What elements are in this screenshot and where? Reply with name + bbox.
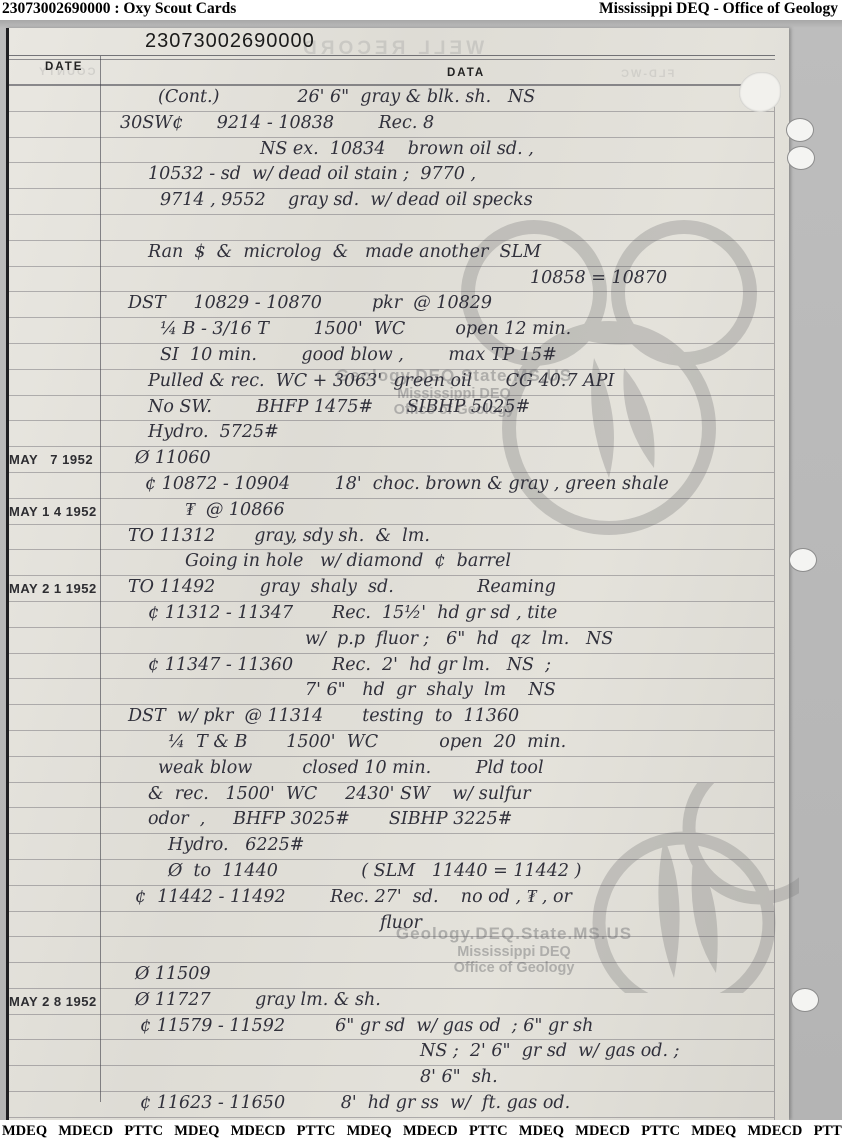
card-row: ¢ 11579 - 11592 6" gr sd w/ gas od ; 6" …	[9, 1015, 774, 1041]
card-row: ¢ 11347 - 11360 Rec. 2' hd gr lm. NS ;	[9, 654, 774, 680]
viewer-footer: MDEQ MDECD PTTC MDEQ MDECD PTTC MDEQ MDE…	[0, 1120, 842, 1143]
paper-tear	[739, 72, 781, 112]
header-rule	[9, 55, 775, 60]
api-number: 23073002690000	[145, 30, 315, 53]
card-row: NS ; 2' 6" gr sd w/ gas od. ;	[9, 1040, 774, 1066]
date-stamp	[9, 705, 100, 730]
date-stamp	[9, 473, 100, 498]
card-row: MAY 7 1952Ø 11060	[9, 447, 774, 473]
card-row: DST w/ pkr @ 11314 testing to 11360	[9, 705, 774, 731]
entries-table: (Cont.) 26' 6" gray & blk. sh. NS30SW¢ 9…	[9, 84, 775, 1120]
date-stamp	[9, 396, 100, 421]
entry-text: Ø 11060	[100, 447, 774, 472]
entry-text: NS ; 2' 6" gr sd w/ gas od. ;	[100, 1040, 774, 1065]
date-stamp	[9, 189, 100, 214]
entry-text: fluor	[100, 912, 774, 937]
card-row: ¢ 11623 - 11650 8' hd gr ss w/ ft. gas o…	[9, 1092, 774, 1118]
date-stamp	[9, 1040, 100, 1065]
date-stamp	[9, 241, 100, 266]
punch-hole	[787, 146, 815, 170]
entry-text: Hydro. 6225#	[100, 834, 774, 859]
date-stamp	[9, 112, 100, 137]
entry-text: Hydro. 5725#	[100, 421, 774, 446]
date-stamp	[9, 215, 100, 240]
card-row: & rec. 1500' WC 2430' SW w/ sulfur	[9, 783, 774, 809]
entry-text: ¼ T & B 1500' WC open 20 min.	[100, 731, 774, 756]
date-stamp	[9, 912, 100, 937]
entry-text: DST 10829 - 10870 pkr @ 10829	[100, 292, 774, 317]
card-row: Hydro. 6225#	[9, 834, 774, 860]
entry-text: Ø 11727 gray lm. & sh.	[100, 989, 774, 1014]
card-row: Going in hole w/ diamond ¢ barrel	[9, 550, 774, 576]
card-row	[9, 937, 774, 963]
card-row: No SW. BHFP 1475# SIBHP 5025#	[9, 396, 774, 422]
date-stamp	[9, 550, 100, 575]
date-stamp: MAY 7 1952	[9, 447, 100, 472]
card-row: weak blow closed 10 min. Pld tool	[9, 757, 774, 783]
punch-hole	[786, 118, 814, 142]
date-stamp	[9, 1015, 100, 1040]
punch-hole	[791, 988, 819, 1012]
date-stamp	[9, 292, 100, 317]
date-stamp: MAY 1 4 1952	[9, 499, 100, 524]
date-stamp	[9, 654, 100, 679]
date-stamp	[9, 525, 100, 550]
card-row: Hydro. 5725#	[9, 421, 774, 447]
scout-card: WELL RECORD COUNTY FLD-WC Geology.DEQ.St…	[6, 28, 789, 1120]
date-stamp	[9, 860, 100, 885]
entry-text: SI 10 min. good blow , max TP 15#	[100, 344, 774, 369]
card-row: 30SW¢ 9214 - 10838 Rec. 8	[9, 112, 774, 138]
date-stamp	[9, 886, 100, 911]
entry-text: DST w/ pkr @ 11314 testing to 11360	[100, 705, 774, 730]
card-row: 10532 - sd w/ dead oil stain ; 9770 ,	[9, 163, 774, 189]
entry-text: 9714 , 9552 gray sd. w/ dead oil specks	[100, 189, 774, 214]
card-row: MAY 2 8 1952Ø 11727 gray lm. & sh.	[9, 989, 774, 1015]
entry-text	[100, 937, 774, 962]
card-row: 8' 6" sh.	[9, 1066, 774, 1092]
entry-text: 7' 6" hd gr shaly lm NS	[100, 679, 774, 704]
card-row: Ran $ & microlog & made another SLM	[9, 241, 774, 267]
card-row: fluor	[9, 912, 774, 938]
viewer-header: 23073002690000 : Oxy Scout Cards Mississ…	[0, 0, 842, 20]
entry-text: ¢ 11312 - 11347 Rec. 15½' hd gr sd , tit…	[100, 602, 774, 627]
date-stamp	[9, 834, 100, 859]
entry-text: ₮ @ 10866	[100, 499, 774, 524]
card-row: w/ p.p fluor ; 6" hd qz lm. NS	[9, 628, 774, 654]
entry-text: ¼ B - 3/16 T 1500' WC open 12 min.	[100, 318, 774, 343]
date-stamp	[9, 731, 100, 756]
date-stamp	[9, 937, 100, 962]
date-stamp	[9, 138, 100, 163]
entry-text: 8' 6" sh.	[100, 1066, 774, 1091]
card-row: ¢ 11312 - 11347 Rec. 15½' hd gr sd , tit…	[9, 602, 774, 628]
card-row: odor , BHFP 3025# SIBHP 3225#	[9, 808, 774, 834]
column-header-data: DATA	[447, 67, 485, 79]
card-row: SI 10 min. good blow , max TP 15#	[9, 344, 774, 370]
date-stamp	[9, 1066, 100, 1091]
entry-text: ¢ 10872 - 10904 18' choc. brown & gray ,…	[100, 473, 774, 498]
card-row: ¼ T & B 1500' WC open 20 min.	[9, 731, 774, 757]
entry-text: TO 11312 gray, sdy sh. & lm.	[100, 525, 774, 550]
date-stamp: MAY 2 8 1952	[9, 989, 100, 1014]
card-row: MAY 2 1 1952TO 11492 gray shaly sd. Ream…	[9, 576, 774, 602]
card-row: NS ex. 10834 brown oil sd. ,	[9, 138, 774, 164]
date-stamp	[9, 963, 100, 988]
date-stamp	[9, 370, 100, 395]
card-row: (Cont.) 26' 6" gray & blk. sh. NS	[9, 86, 774, 112]
entry-text: Pulled & rec. WC + 3063' green oil CG 40…	[100, 370, 774, 395]
entry-text: ¢ 11347 - 11360 Rec. 2' hd gr lm. NS ;	[100, 654, 774, 679]
entry-text: Going in hole w/ diamond ¢ barrel	[100, 550, 774, 575]
card-row: 10858 = 10870	[9, 267, 774, 293]
entry-text: ¢ 11579 - 11592 6" gr sd w/ gas od ; 6" …	[100, 1015, 774, 1040]
card-row: ¢ 11442 - 11492 Rec. 27' sd. no od , ₮ ,…	[9, 886, 774, 912]
entry-text: TO 11492 gray shaly sd. Reaming	[100, 576, 774, 601]
date-stamp	[9, 318, 100, 343]
card-row: 7' 6" hd gr shaly lm NS	[9, 679, 774, 705]
date-stamp	[9, 86, 100, 111]
entry-text: Ø 11509	[100, 963, 774, 988]
card-row: ¢ 10872 - 10904 18' choc. brown & gray ,…	[9, 473, 774, 499]
card-row: TO 11312 gray, sdy sh. & lm.	[9, 525, 774, 551]
entry-text: Ø to 11440 ( SLM 11440 = 11442 )	[100, 860, 774, 885]
card-row: Pulled & rec. WC + 3063' green oil CG 40…	[9, 370, 774, 396]
column-header-date: DATE	[45, 61, 83, 73]
date-stamp	[9, 628, 100, 653]
card-row	[9, 215, 774, 241]
header-title-left: 23073002690000 : Oxy Scout Cards	[0, 0, 236, 18]
entry-text: ¢ 11623 - 11650 8' hd gr ss w/ ft. gas o…	[100, 1092, 774, 1117]
date-stamp	[9, 808, 100, 833]
card-row: ¼ B - 3/16 T 1500' WC open 12 min.	[9, 318, 774, 344]
entry-text: ¢ 11442 - 11492 Rec. 27' sd. no od , ₮ ,…	[100, 886, 774, 911]
scanned-document: WELL RECORD COUNTY FLD-WC Geology.DEQ.St…	[0, 20, 842, 1120]
entry-text: 10532 - sd w/ dead oil stain ; 9770 ,	[100, 163, 774, 188]
card-row: Ø to 11440 ( SLM 11440 = 11442 )	[9, 860, 774, 886]
entry-text	[100, 215, 774, 240]
card-row: MAY 1 4 1952₮ @ 10866	[9, 499, 774, 525]
header-title-right: Mississippi DEQ - Office of Geology	[599, 0, 842, 18]
footer-text: MDEQ MDECD PTTC MDEQ MDECD PTTC MDEQ MDE…	[0, 1120, 842, 1140]
entry-text: Ran $ & microlog & made another SLM	[100, 241, 774, 266]
entry-text: weak blow closed 10 min. Pld tool	[100, 757, 774, 782]
date-stamp	[9, 1092, 100, 1117]
date-stamp	[9, 679, 100, 704]
date-stamp	[9, 344, 100, 369]
date-stamp	[9, 267, 100, 292]
date-stamp	[9, 757, 100, 782]
entry-text: No SW. BHFP 1475# SIBHP 5025#	[100, 396, 774, 421]
entry-text: 30SW¢ 9214 - 10838 Rec. 8	[100, 112, 774, 137]
bleedthrough-fldwc: FLD-WC	[619, 68, 674, 80]
date-stamp	[9, 421, 100, 446]
card-row: DST 10829 - 10870 pkr @ 10829	[9, 292, 774, 318]
date-stamp	[9, 783, 100, 808]
entry-text: w/ p.p fluor ; 6" hd qz lm. NS	[100, 628, 774, 653]
punch-hole	[789, 548, 817, 572]
card-row: 9714 , 9552 gray sd. w/ dead oil specks	[9, 189, 774, 215]
entry-text: & rec. 1500' WC 2430' SW w/ sulfur	[100, 783, 774, 808]
entry-text: NS ex. 10834 brown oil sd. ,	[100, 138, 774, 163]
date-stamp	[9, 602, 100, 627]
date-stamp	[9, 163, 100, 188]
entry-text: (Cont.) 26' 6" gray & blk. sh. NS	[100, 86, 774, 111]
entry-text: 10858 = 10870	[100, 267, 774, 292]
entry-text: odor , BHFP 3025# SIBHP 3225#	[100, 808, 774, 833]
date-stamp: MAY 2 1 1952	[9, 576, 100, 601]
card-row: Ø 11509	[9, 963, 774, 989]
